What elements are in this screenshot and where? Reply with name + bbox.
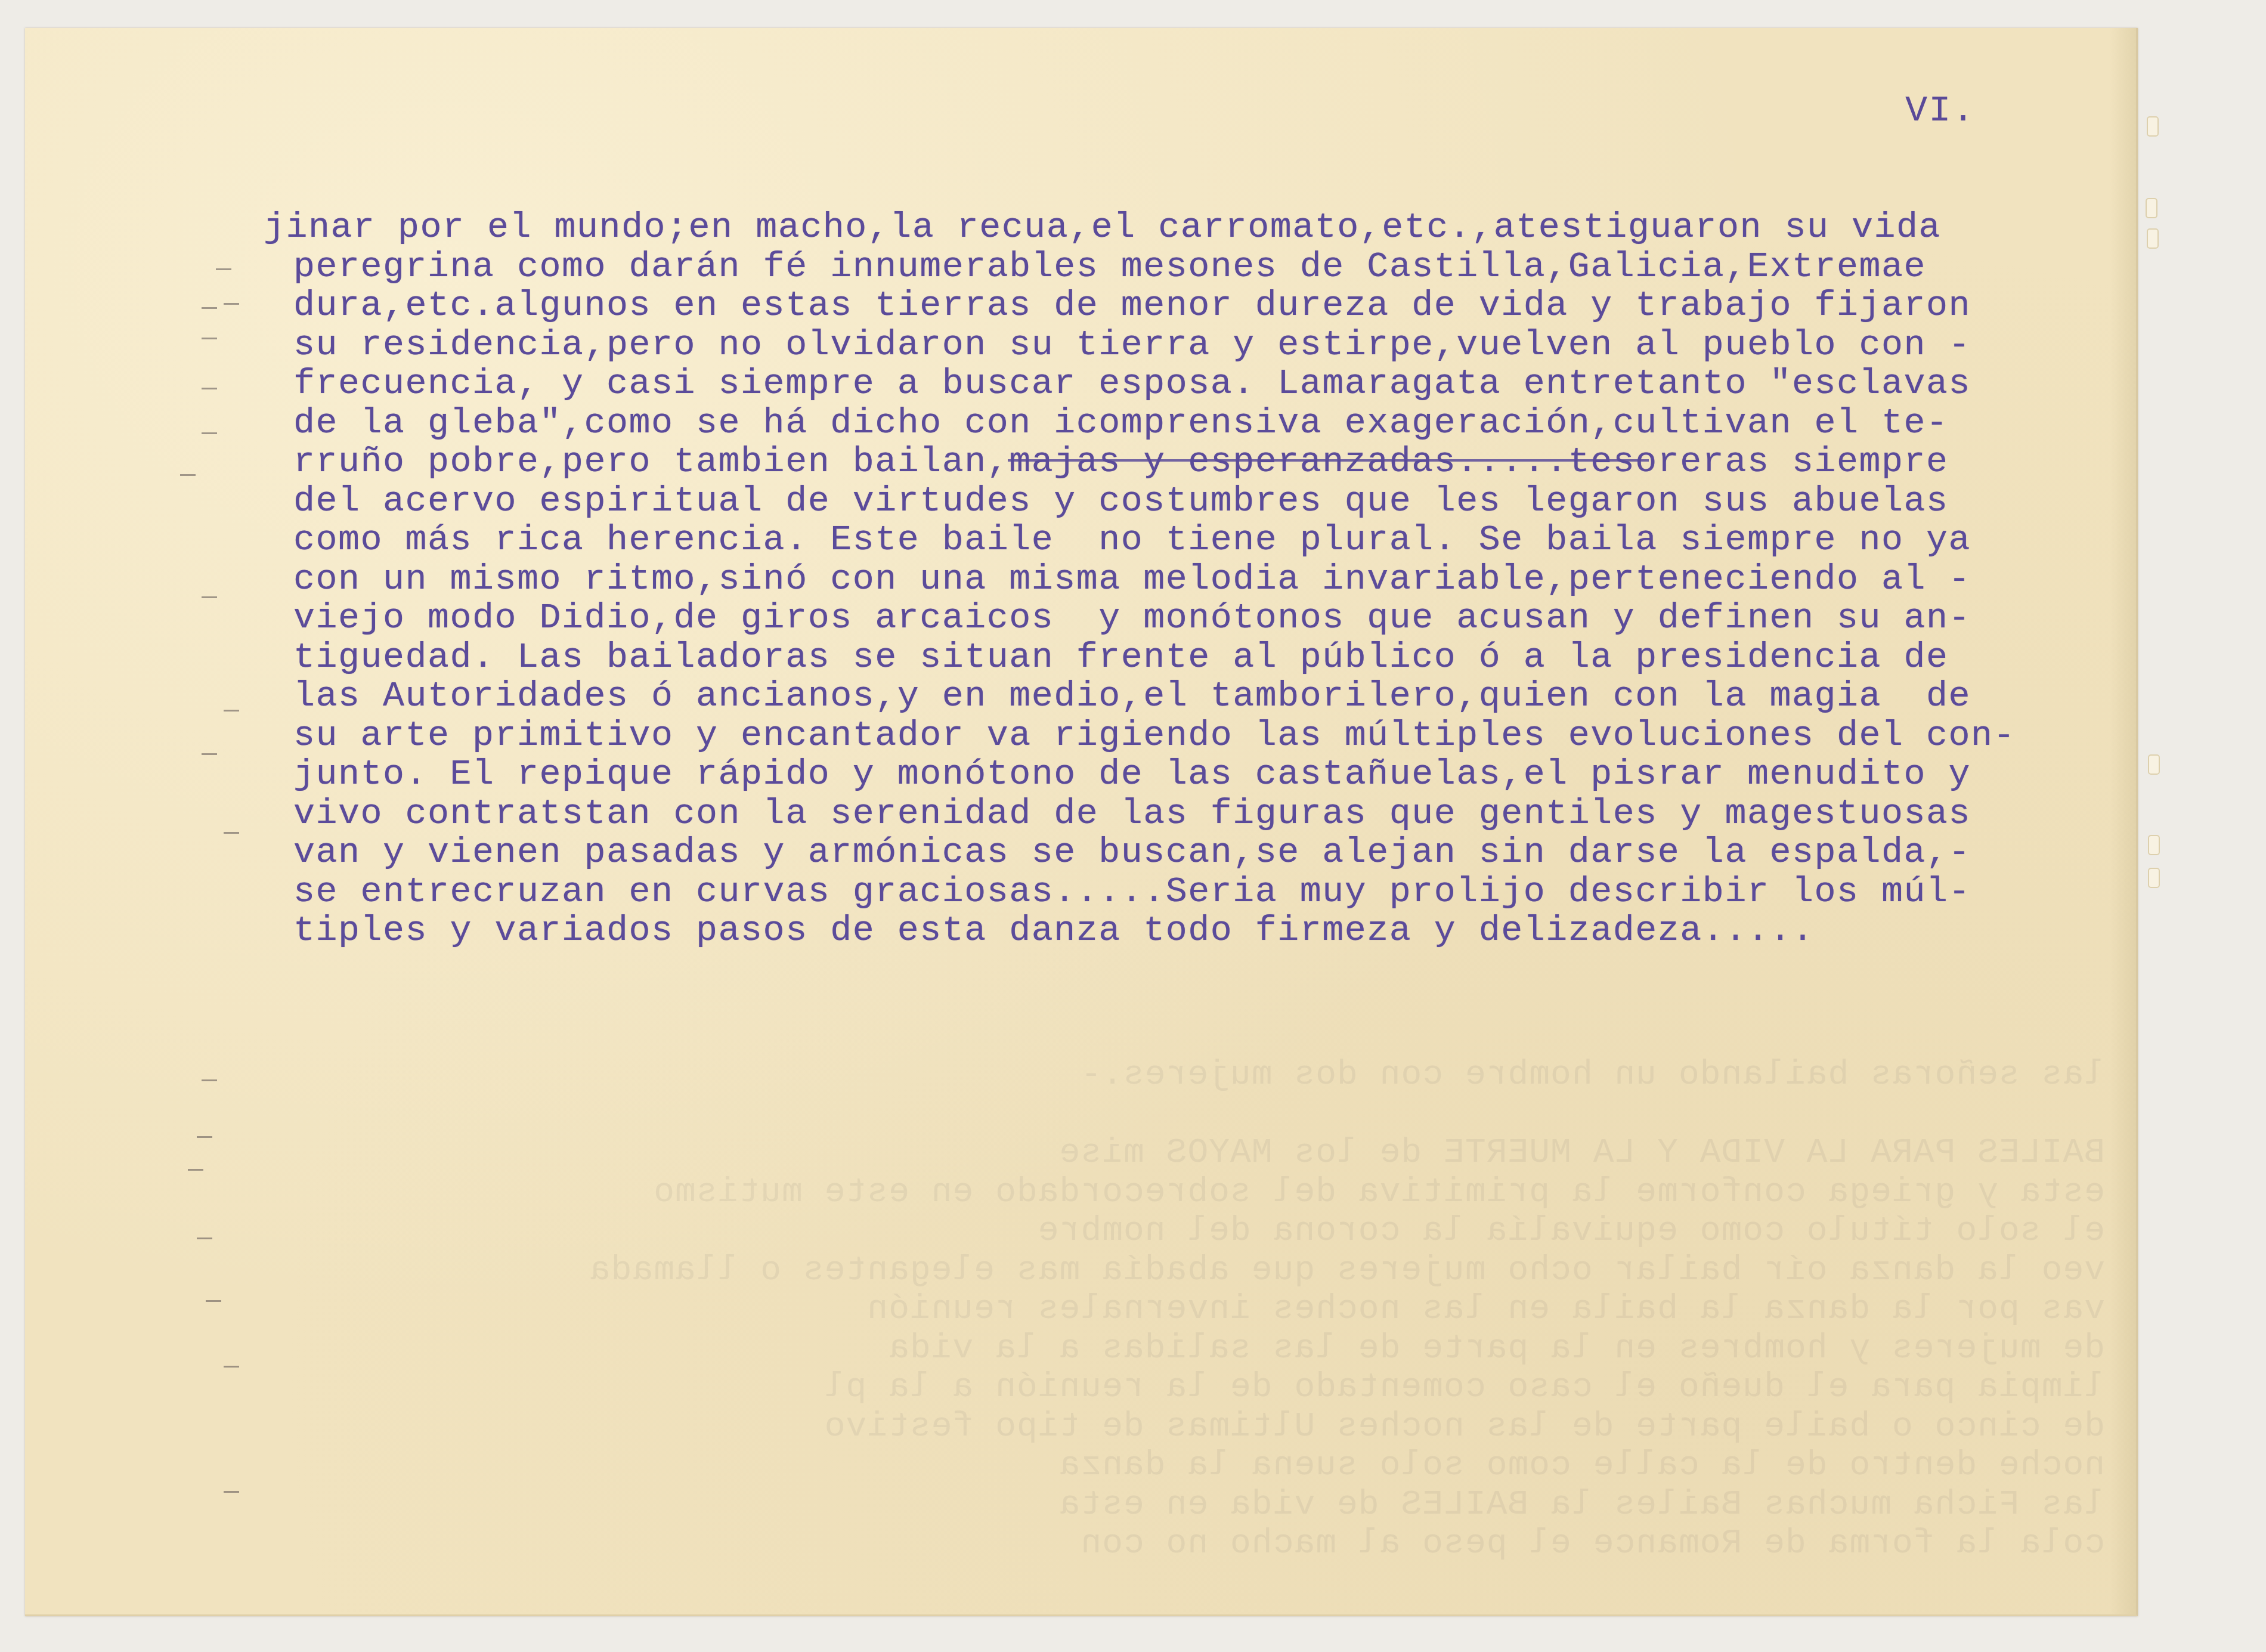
margin-dash bbox=[197, 1238, 212, 1239]
text-line: se entrecruzan en curvas graciosas.....S… bbox=[264, 873, 2142, 912]
punch-hole bbox=[2148, 868, 2160, 888]
margin-dash bbox=[224, 832, 239, 834]
punch-hole bbox=[2148, 835, 2160, 855]
text-line: de la gleba",como se há dicho con icompr… bbox=[264, 404, 2142, 444]
margin-dash bbox=[202, 307, 217, 309]
text-line: su residencia,pero no olvidaron su tierr… bbox=[264, 326, 2142, 366]
text-line: las Autoridades ó ancianos,y en medio,el… bbox=[264, 677, 2142, 717]
reverse-side-bleed-through: las señoras bailando un hombre con dos m… bbox=[197, 1056, 2105, 1564]
margin-dash bbox=[202, 432, 217, 434]
margin-dash bbox=[202, 753, 217, 755]
text-line: su arte primitivo y encantador va rigien… bbox=[264, 717, 2142, 756]
margin-dash bbox=[224, 1366, 239, 1368]
margin-dash bbox=[216, 268, 231, 270]
punch-hole bbox=[2147, 228, 2159, 249]
margin-dash bbox=[197, 1136, 212, 1138]
underline-mark bbox=[1008, 459, 1649, 462]
punch-hole bbox=[2146, 198, 2157, 218]
text-line: jinar por el mundo;en macho,la recua,el … bbox=[264, 209, 2142, 248]
margin-dash bbox=[224, 303, 239, 305]
typed-paragraph: jinar por el mundo;en macho,la recua,el … bbox=[264, 209, 2142, 951]
margin-dash bbox=[202, 388, 217, 389]
text-line: tiples y variados pasos de esta danza to… bbox=[264, 912, 2142, 951]
text-line: tiguedad. Las bailadoras se situan frent… bbox=[264, 639, 2142, 678]
margin-dash bbox=[202, 338, 217, 339]
text-line: como más rica herencia. Este baile no ti… bbox=[264, 521, 2142, 561]
punch-hole bbox=[2148, 754, 2160, 775]
page-number: VI. bbox=[1905, 89, 1976, 132]
margin-dash bbox=[202, 596, 217, 598]
punch-hole bbox=[2147, 116, 2159, 137]
text-line: junto. El repique rápido y monótono de l… bbox=[264, 756, 2142, 795]
text-line: dura,etc.algunos en estas tierras de men… bbox=[264, 287, 2142, 326]
margin-dash bbox=[224, 710, 239, 711]
margin-dash bbox=[224, 1491, 239, 1493]
text-line: del acervo espiritual de virtudes y cost… bbox=[264, 482, 2142, 522]
margin-dash bbox=[202, 1079, 217, 1081]
text-line: rruño pobre,pero tambien bailan,majas y … bbox=[264, 443, 2142, 482]
text-line: vivo contratstan con la serenidad de las… bbox=[264, 795, 2142, 834]
margin-dash bbox=[206, 1300, 221, 1302]
text-line: frecuencia, y casi siempre a buscar espo… bbox=[264, 365, 2142, 404]
text-line: viejo modo Didio,de giros arcaicos y mon… bbox=[264, 599, 2142, 639]
text-line: van y vienen pasadas y armónicas se busc… bbox=[264, 834, 2142, 873]
margin-dash bbox=[180, 474, 196, 476]
text-line: con un mismo ritmo,sinó con una misma me… bbox=[264, 561, 2142, 600]
text-line: peregrina como darán fé innumerables mes… bbox=[264, 248, 2142, 287]
margin-dash bbox=[188, 1169, 203, 1171]
